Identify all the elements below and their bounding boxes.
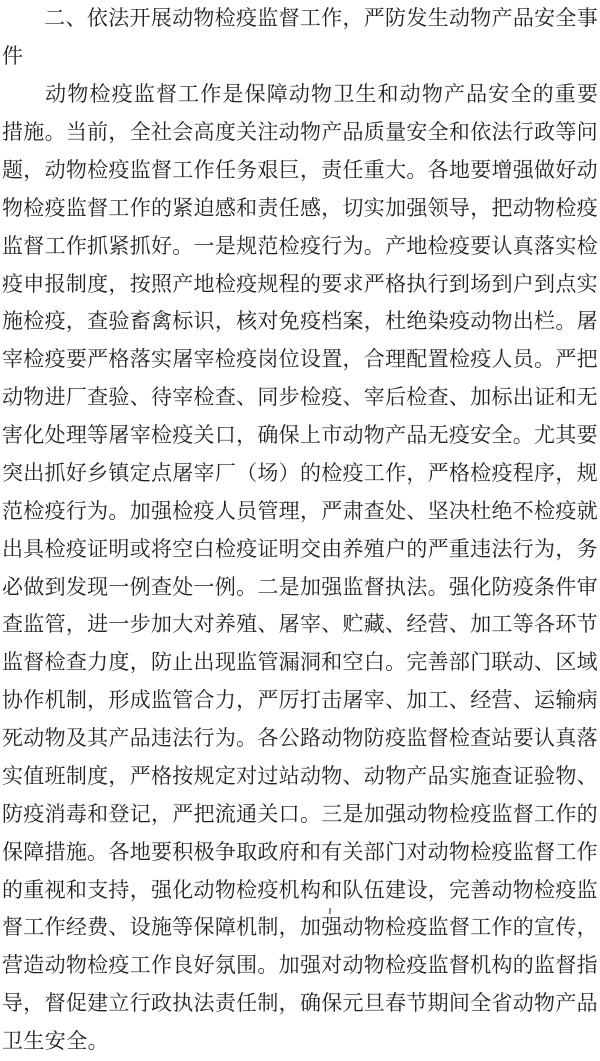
body-line: 动物进厂查验、待宰检查、同步检疫、宰后检查、加标出证和无 [2,379,598,417]
body-line: 监督工作抓紧抓好。一是规范检疫行为。产地检疫要认真落实检 [2,227,598,265]
body-line: 害化处理等屠宰检疫关口，确保上市动物产品无疫安全。尤其要 [2,417,598,455]
body-line: 查监管，进一步加大对养殖、屠宰、贮藏、经营、加工等各环节 [2,606,598,644]
paragraph-indent [2,94,44,95]
body-line: 实值班制度，严格按规定对过站动物、动物产品实施查证验物、 [2,758,598,796]
paragraph-indent [2,18,44,19]
body-line: 必做到发现一例查处一例。二是加强监督执法。强化防疫条件审 [2,568,598,606]
document-text: 二、依法开展动物检疫监督工作，严防发生动物产品安全事件动物检疫监督工作是保障动物… [2,0,598,1061]
body-line: 的重视和支持，强化动物检疫机构和队伍建设，完善动物检疫监 [2,871,598,909]
body-line: 宰检疫要严格落实屠宰检疫岗位设置，合理配置检疫人员。严把 [2,341,598,379]
body-line: 导，督促建立行政执法责任制，确保元旦春节期间全省动物产品 [2,985,598,1023]
body-line: 措施。当前，全社会高度关注动物产品质量安全和依法行政等问 [2,114,598,152]
body-line: 突出抓好乡镇定点屠宰厂（场）的检疫工作，严格检疫程序，规 [2,455,598,493]
body-line: 出具检疫证明或将空白检疫证明交由养殖户的严重违法行为，务 [2,530,598,568]
body-line: 物检疫监督工作的紧迫感和责任感，切实加强领导，把动物检疫 [2,189,598,227]
body-line: 范检疫行为。加强检疫人员管理，严肃查处、坚决杜绝不检疫就 [2,492,598,530]
body-line: 协作机制，形成监管合力，严厉打击屠宰、加工、经营、运输病 [2,682,598,720]
heading-line: 二、依法开展动物检疫监督工作，严防发生动物产品安全事 [2,0,598,38]
body-line: 监督检查力度，防止出现监管漏洞和空白。完善部门联动、区域 [2,644,598,682]
heading-line: 件 [2,38,598,76]
body-line: 卫生安全。 [2,1023,598,1061]
body-line: 督工作经费、设施等保障机制，加强动物检疫监督工作的宣传， [2,909,598,947]
body-line: 保障措施。各地要积极争取政府和有关部门对动物检疫监督工作 [2,833,598,871]
body-line: 动物检疫监督工作是保障动物卫生和动物产品安全的重要 [2,76,598,114]
body-line: 题，动物检疫监督工作任务艰巨，责任重大。各地要增强做好动 [2,152,598,190]
body-line: 施检疫，查验畜禽标识，核对免疫档案，杜绝染疫动物出栏。屠 [2,303,598,341]
body-line: 防疫消毒和登记，严把流通关口。三是加强动物检疫监督工作的 [2,795,598,833]
body-line: 营造动物检疫工作良好氛围。加强对动物检疫监督机构的监督指 [2,947,598,985]
body-line: 疫申报制度，按照产地检疫规程的要求严格执行到场到户到点实 [2,265,598,303]
body-line: 死动物及其产品违法行为。各公路动物防疫监督检查站要认真落 [2,720,598,758]
document-page: 二、依法开展动物检疫监督工作，严防发生动物产品安全事件动物检疫监督工作是保障动物… [0,0,600,1061]
